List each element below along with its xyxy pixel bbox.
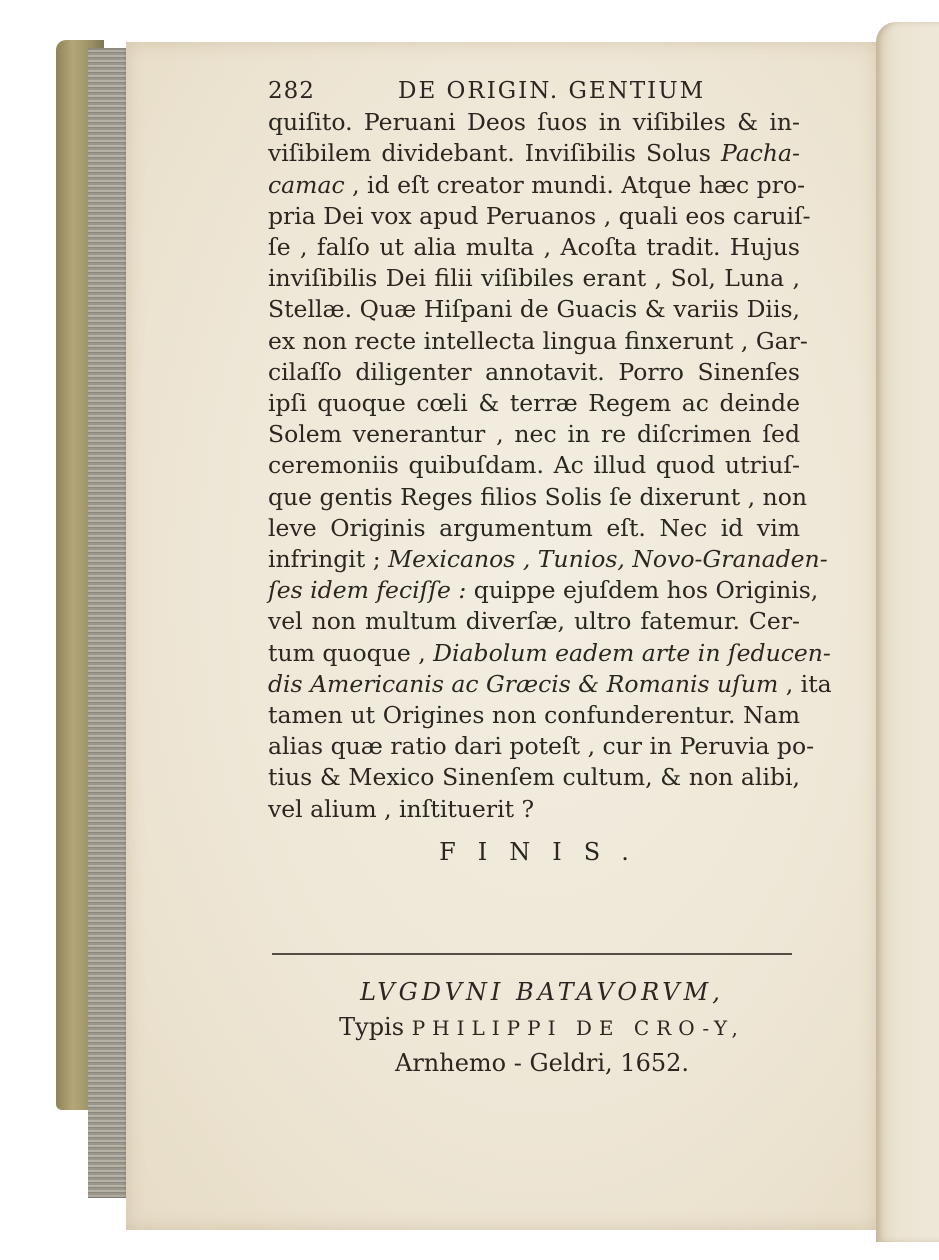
text-line: ipſi quoque cœli & terræ Regem ac deinde [268,388,800,419]
text-line: viſibilem dividebant. Inviſibilis Solus … [268,138,800,169]
imprint-city: LVGDVNI BATAVORVM, [262,975,822,1010]
roman-text: que gentis Reges filios Solis ſe dixerun… [268,483,807,511]
roman-text: alias quæ ratio dari poteſt , cur in Per… [268,732,814,760]
italic-text: Pacha- [721,139,800,167]
roman-text: vel alium , inſtituerit ? [268,795,534,823]
text-line: ſes idem feciſſe : quippe ejuſdem hos Or… [268,575,800,606]
finis-heading: FINIS. [268,837,800,868]
roman-text: viſibilem dividebant. Inviſibilis Solus [268,139,721,167]
text-line: dis Americanis ac Græcis & Romanis uſum … [268,669,800,700]
page-text-block: 282 DE ORIGIN. GENTIUM quiſito. Peruani … [268,76,800,868]
text-line: vel non multum diverſæ, ultro fatemur. C… [268,606,800,637]
roman-text: tamen ut Origines non confunderentur. Na… [268,701,800,729]
page-block-edges [88,48,130,1198]
roman-text: inviſibilis Dei filii viſibiles erant , … [268,264,800,292]
roman-text: quiſito. Peruani Deos ſuos in viſibiles … [268,108,800,136]
italic-text: ſes idem feciſſe : [268,576,466,604]
text-line: alias quæ ratio dari poteſt , cur in Per… [268,731,800,762]
text-line: ſe , falſo ut alia multa , Acoſta tradit… [268,232,800,263]
running-head-title: DE ORIGIN. GENTIUM [398,76,705,107]
imprint-printer-prefix: Typis [339,1013,404,1041]
text-line: vel alium , inſtituerit ? [268,794,800,825]
roman-text: , id eſt creator mundi. Atque hæc pro- [345,171,805,199]
text-line: Solem venerantur , nec in re diſcrimen ſ… [268,419,800,450]
roman-text: Solem venerantur , nec in re diſcrimen ſ… [268,420,800,448]
roman-text: cilaſſo diligenter annotavit. Porro Sine… [268,358,800,386]
text-line: infringit ; Mexicanos , Tunios, Novo-Gra… [268,544,800,575]
roman-text: vel non multum diverſæ, ultro fatemur. C… [268,607,800,635]
text-line: ceremoniis quibuſdam. Ac illud quod utri… [268,450,800,481]
facing-page-edge [876,22,939,1242]
roman-text: ſe , falſo ut alia multa , Acoſta tradit… [268,233,800,261]
text-line: camac , id eſt creator mundi. Atque hæc … [268,170,800,201]
italic-text: camac [268,171,345,199]
text-line: que gentis Reges filios Solis ſe dixerun… [268,482,800,513]
roman-text: tius & Mexico Sinenſem cultum, & non ali… [268,763,800,791]
roman-text: ipſi quoque cœli & terræ Regem ac deinde [268,389,800,417]
roman-text: leve Originis argumentum eſt. Nec id vim [268,514,800,542]
roman-text: quippe ejuſdem hos Originis, [466,576,818,604]
roman-text: ceremoniis quibuſdam. Ac illud quod utri… [268,451,800,479]
text-line: cilaſſo diligenter annotavit. Porro Sine… [268,357,800,388]
body-text: quiſito. Peruani Deos ſuos in viſibiles … [268,107,800,825]
text-line: leve Originis argumentum eſt. Nec id vim [268,513,800,544]
roman-text: infringit ; [268,545,388,573]
book-photo: 282 DE ORIGIN. GENTIUM quiſito. Peruani … [0,0,939,1260]
roman-text: pria Dei vox apud Peruanos , quali eos c… [268,202,811,230]
italic-text: dis Americanis ac Græcis & Romanis uſum [268,670,778,698]
roman-text: ex non recte intellecta lingua finxerunt… [268,327,808,355]
imprint-printer-name: PHILIPPI DE CRO-Y, [412,1016,745,1040]
roman-text: , ita [778,670,831,698]
page-number: 282 [268,76,398,107]
imprint-place-date: Arnhemo - Geldri, 1652. [262,1046,822,1081]
text-line: ex non recte intellecta lingua finxerunt… [268,326,800,357]
italic-text: Mexicanos , Tunios, Novo-Granaden- [388,545,828,573]
text-line: quiſito. Peruani Deos ſuos in viſibiles … [268,107,800,138]
imprint: LVGDVNI BATAVORVM, Typis PHILIPPI DE CRO… [262,975,822,1081]
text-line: tamen ut Origines non confunderentur. Na… [268,700,800,731]
roman-text: Stellæ. Quæ Hiſpani de Guacis & variis D… [268,295,800,323]
italic-text: Diabolum eadem arte in ſeducen- [433,639,831,667]
text-line: Stellæ. Quæ Hiſpani de Guacis & variis D… [268,294,800,325]
running-head: 282 DE ORIGIN. GENTIUM [268,76,800,107]
text-line: tius & Mexico Sinenſem cultum, & non ali… [268,762,800,793]
roman-text: tum quoque , [268,639,433,667]
text-line: pria Dei vox apud Peruanos , quali eos c… [268,201,800,232]
horizontal-rule [272,953,792,955]
text-line: tum quoque , Diabolum eadem arte in ſedu… [268,638,800,669]
imprint-printer: Typis PHILIPPI DE CRO-Y, [262,1010,822,1046]
text-line: inviſibilis Dei filii viſibiles erant , … [268,263,800,294]
